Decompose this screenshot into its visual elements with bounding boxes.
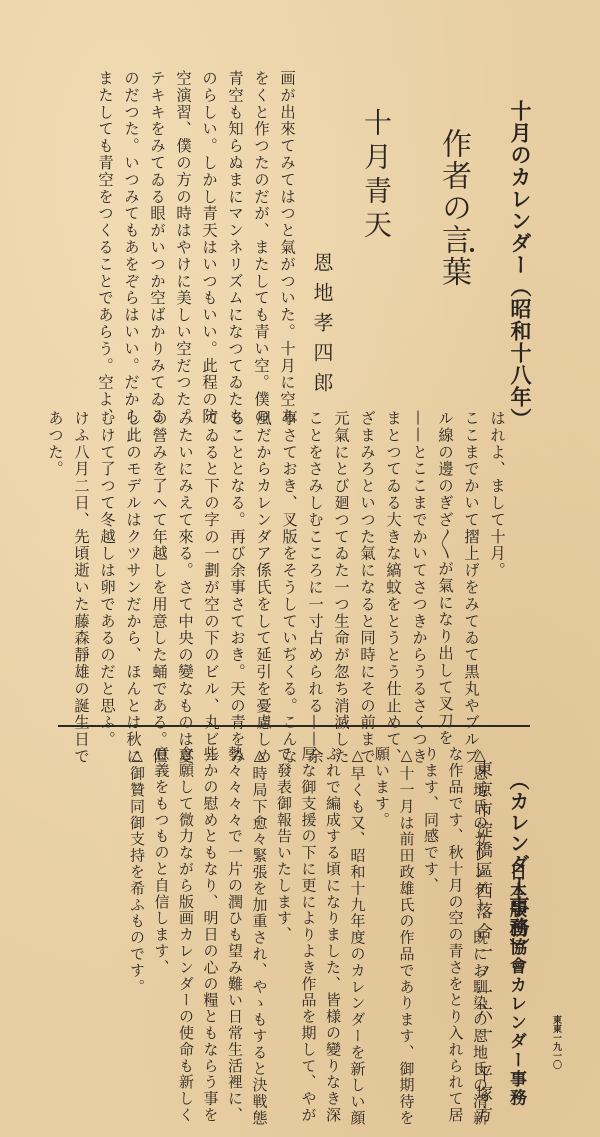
essay-line: ここまでかいて摺上げをみてゐて黒丸やブルブ — [458, 410, 484, 765]
notice-line: 勢々々々々で一片の潤ひも望み難い日常生活裡に、 — [223, 746, 248, 1126]
essay-line: ル線の邊のぎざ〱が氣になり出して叉刀を — [432, 410, 458, 765]
office-notes-block: △恩地氏のカレンダー、既にお馴染の恩地氏の清新 な作品です、秋十月の空の青さをと… — [125, 746, 493, 1126]
essay-line: またしても青空をつくることであらう。空よ、 — [92, 70, 118, 425]
essay-line: ことをさみしむこころに一寸占められる——余 — [302, 410, 328, 765]
essay-upper-block: 画が出來てみてはつと氣がついた。十月に空あ をくと作つたのだが、またしても青い空… — [92, 70, 300, 425]
notice-line: ぶれで編成する頃になりました、皆様の變りなき深 — [321, 746, 346, 1126]
essay-line: 事さておき、叉版をそうしていぢくる。こんな — [276, 410, 302, 765]
notice-line: 意義をもつものと自信します、 — [149, 746, 174, 1126]
essay-line: はれよ、まして十月。 — [484, 410, 510, 765]
section-heading: 作者の言葉 — [438, 128, 468, 288]
essay-line: 画が出來てみてはつと氣がついた。十月に空あ — [274, 70, 300, 425]
essay-line: けふ八月二日、先頃逝いた藤森靜雄の誕生日で — [68, 410, 94, 765]
organization-name: 日本版画協會カレンダー事務 — [507, 863, 524, 1107]
essay-line: の營みを了へて年越しを用意した蛹である。但 — [146, 410, 172, 765]
notice-line: ります、同感です、 — [419, 746, 444, 1126]
essay-line: むけて了つて冬越しは卵であるのだと思ふ。 — [94, 410, 120, 765]
essay-line: 空演習、僕の方の時はやけに美しい空だつた。 — [170, 70, 196, 425]
series-title: 十月のカレンダー（昭和十八年） — [509, 100, 530, 430]
notice-line: △早くも又、昭和十九年度のカレンダーを新しい顔 — [345, 746, 370, 1126]
essay-line: し此のモデルはクツサンだから、ほんとは秋に — [120, 410, 146, 765]
notice-line: △時局下愈々緊張を加重され、やゝもすると決戦態 — [247, 746, 272, 1126]
notice-line: て發表御報告いたします、 — [272, 746, 297, 1126]
essay-line: 風だからカレンダア係氏をして延引を憂慮しめ — [250, 410, 276, 765]
essay-line: ——とここまでかいてさつきからうるさくつき — [406, 410, 432, 765]
author-name: 恩地孝四郎 — [312, 252, 332, 402]
notice-line: 念願して微力ながら版画カレンダーの使命も新しく — [174, 746, 199, 1126]
section-divider — [58, 725, 530, 727]
phone-number: 東東一九一〇 — [551, 1015, 560, 1069]
essay-line: 元氣にとび廻つてゐた一つ生命が忽ち消滅した — [328, 410, 354, 765]
notice-line: 願います。 — [370, 746, 395, 1126]
essay-line: あつた。 — [42, 410, 68, 765]
essay-line: テキキをみてゐる眼がいつか空ばかりみてゐる — [144, 70, 170, 425]
notice-line: な作品です、秋十月の空の青さをとり入れられて居 — [443, 746, 468, 1126]
essay-line: のだつた。いつみてもあをぞらはいい。だから — [118, 70, 144, 425]
essay-line: ることとなる。再び余事さておき。天の青をみ — [224, 410, 250, 765]
notice-line: △十一月は前田政雄氏の作品であります、御期待を — [394, 746, 419, 1126]
essay-title: 十月青天 — [362, 108, 390, 244]
essay-line: 青空も知らぬまにマンネリズムになつてゐたも — [222, 70, 248, 425]
essay-mid-block: はれよ、まして十月。 ここまでかいて摺上げをみてゐて黒丸やブルブ ル線の邊のぎざ… — [42, 410, 510, 765]
notice-line: △御贊同御支持を希ふものです。 — [125, 746, 150, 1126]
essay-line: てゐると下の字の一劃が空の下のビル、丸ビル — [198, 410, 224, 765]
office-address: 東京市淀橋區西落合一ノ一六一 平塚方 — [473, 760, 490, 1125]
essay-line: をくと作つたのだが、またしても青い空。僕の — [248, 70, 274, 425]
essay-line: のらしい。しかし青天はいつもいい。此程の防 — [196, 70, 222, 425]
notice-line: 些かの慰めともなり、明日の心の糧ともならう事を — [198, 746, 223, 1126]
essay-line: ざまみろといつた氣になると同時にその前まで — [354, 410, 380, 765]
decorative-dot — [470, 248, 474, 252]
notice-line: 厚な御支援の下に更によりよき作品を期して、やが — [296, 746, 321, 1126]
essay-line: まとつてゐる大きな縞蚊をとうとう仕止めて、 — [380, 410, 406, 765]
essay-line: みたいにみえて來る。さて中央の變なものは夏 — [172, 410, 198, 765]
